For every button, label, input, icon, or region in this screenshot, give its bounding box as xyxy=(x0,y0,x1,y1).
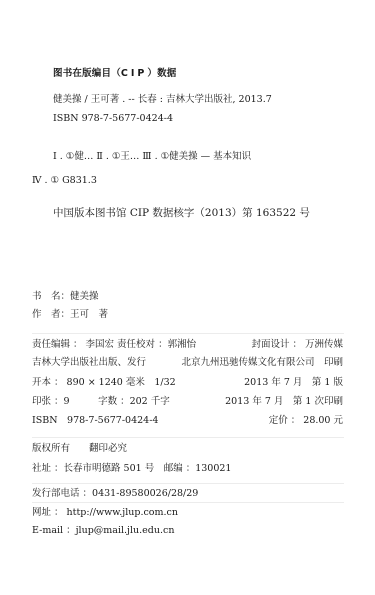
cip-isbn: ISBN 978-7-5677-0424-4 xyxy=(53,113,173,125)
cover-design-credit: 封面设计 ： 万洲传媒 xyxy=(251,339,343,351)
book-author-label: 作 者 xyxy=(32,309,61,320)
sales-phone: 发行部电话 ：0431-89580026/28/29 xyxy=(32,488,198,500)
price-info: 定价 ： 28.00 元 xyxy=(269,415,343,427)
book-author-value: 王可 著 xyxy=(70,309,108,320)
printing-info: 2013 年 7 月 第 1 次印刷 xyxy=(225,396,343,408)
cip-record-number: 中国版本图书馆 CIP 数据核字（2013）第 163522 号 xyxy=(53,207,310,219)
sheets-wordcount-info: 印张 ：9 字数 ：202 千字 xyxy=(32,396,170,408)
colophon-isbn: ISBN 978-7-5677-0424-4 xyxy=(32,415,158,427)
book-title-row: 书 名：健美操 xyxy=(32,291,99,303)
book-author-row: 作 者：王可 著 xyxy=(32,309,108,321)
book-title-colon: ： xyxy=(61,291,71,302)
cip-heading-prefix: 图书在版编目（ xyxy=(53,68,121,79)
publisher-info: 吉林大学出版社出版、发行 xyxy=(32,357,146,369)
book-author-colon: ： xyxy=(61,309,71,320)
cip-heading-suffix: ）数据 xyxy=(147,68,176,79)
cip-bibliographic-entry: 健美操 / 王可著 . -- 长春 : 吉林大学出版社, 2013.7 xyxy=(53,94,272,106)
publisher-email[interactable]: E-mail ：jlup@mail.jlu.edu.cn xyxy=(32,525,174,537)
section-divider xyxy=(32,437,344,438)
publisher-website[interactable]: 网址 ： http://www.jlup.com.cn xyxy=(32,507,178,519)
cip-heading: 图书在版编目（CIP）数据 xyxy=(53,68,177,80)
book-title-value: 健美操 xyxy=(70,291,99,302)
publisher-address: 社址 ：长春市明德路 501 号 邮编 ：130021 xyxy=(32,463,231,475)
section-divider xyxy=(32,483,344,484)
format-info: 开本 ： 890 × 1240 毫米 1/32 xyxy=(32,377,176,389)
copyright-notice: 版权所有 翻印必究 xyxy=(32,443,127,455)
book-title-label: 书 名 xyxy=(32,291,61,302)
printer-info: 北京九州迅驰传媒文化有限公司 印刷 xyxy=(181,357,343,369)
editor-credits: 责任编辑 ： 李国宏 责任校对 ：郭湘怡 xyxy=(32,339,196,351)
cip-heading-cip: CIP xyxy=(121,68,147,79)
edition-info: 2013 年 7 月 第 1 版 xyxy=(244,377,343,389)
cip-classification-line-1: Ⅰ . ①健… Ⅱ . ①王… Ⅲ . ①健美操 — 基本知识 xyxy=(53,151,251,163)
cip-classification-line-2: Ⅳ . ① G831.3 xyxy=(32,175,97,187)
section-divider xyxy=(32,333,344,334)
section-divider xyxy=(32,502,344,503)
